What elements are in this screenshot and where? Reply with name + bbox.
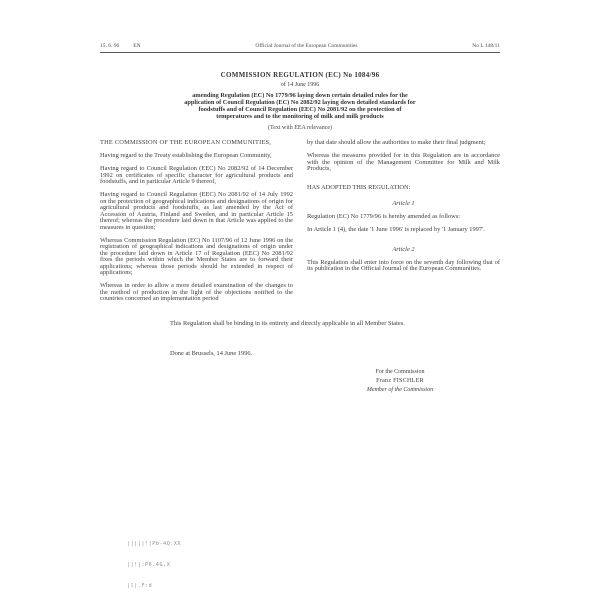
journal-date: 15. 6. 96 [100,43,119,49]
header-divider [100,52,500,53]
eea-relevance-note: (Text with EEA relevance) [140,125,460,131]
having-regard-paragraph: Having regard to Council Regulation (EEC… [100,192,293,231]
article-1-paragraph: Regulation (EC) No 1779/96 is hereby ame… [307,214,500,221]
regulation-subject: amending Regulation (EC) No 1779/96 layi… [140,92,460,120]
regulation-title-block: COMMISSION REGULATION (EC) No 1084/96 of… [140,71,460,131]
scan-artifact-line: |||||!|Pb-4Q:XX [127,541,181,548]
regulation-title: COMMISSION REGULATION (EC) No 1084/96 [140,71,460,79]
regulation-date: of 14 June 1996 [140,82,460,88]
whereas-paragraph: Whereas Commission Regulation (EC) No 11… [100,238,293,277]
article-1-paragraph: In Article 1 (4), the date '1 June 1996'… [307,227,500,234]
having-regard-paragraph: Having regard to the Treaty establishing… [100,153,293,160]
journal-title: Official Journal of the European Communi… [255,43,357,49]
subject-line: application of Council Regulation (EC) N… [140,99,460,106]
whereas-opinion-paragraph: Whereas the measures provided for in thi… [307,153,500,173]
journal-header: 15. 6. 96 EN Official Journal of the Eur… [100,43,500,49]
place-date-line: Done at Brussels, 14 June 1996. [170,350,252,357]
scanned-regulation-page: 15. 6. 96 EN Official Journal of the Eur… [0,0,600,600]
left-column: THE COMMISSION OF THE EUROPEAN COMMUNITI… [100,140,293,309]
continuation-paragraph: by that date should allow the authoritie… [307,140,500,147]
whereas-paragraph: Whereas in order to allow a more detaile… [100,283,293,303]
subject-line: temperatures and to the monitoring of mi… [140,113,460,120]
body-columns: THE COMMISSION OF THE EUROPEAN COMMUNITI… [100,140,500,309]
journal-page-number: No L 148/11 [472,43,500,49]
binding-clause: This Regulation shall be binding in its … [170,321,444,328]
journal-header-left: 15. 6. 96 EN [100,43,141,49]
article-2-heading: Article 2 [307,247,500,254]
signature-role: Member of the Commission [330,386,470,395]
article-2-paragraph: This Regulation shall enter into force o… [307,260,500,273]
signature-block: For the Commission Franz FISCHLER Member… [330,368,470,395]
journal-language-code: EN [133,43,140,49]
subject-line: foodstuffs and of Council Regulation (EE… [140,106,460,113]
scan-artifact-stamp: |||||!|Pb-4Q:XX ||!|:P6.4G,X |l|.F:d [127,527,181,600]
scan-artifact-line: ||!|:P6.4G,X [127,562,181,569]
preamble-opening: THE COMMISSION OF THE EUROPEAN COMMUNITI… [100,140,293,147]
having-regard-paragraph: Having regard to Council Regulation (EEC… [100,166,293,186]
enacting-clause: HAS ADOPTED THIS REGULATION: [307,185,500,192]
right-column: by that date should allow the authoritie… [307,140,500,309]
scan-artifact-line: |l|.F:d [127,583,181,590]
article-1-heading: Article 1 [307,201,500,208]
signature-name: Franz FISCHLER [330,377,470,386]
subject-line: amending Regulation (EC) No 1779/96 layi… [140,92,460,99]
signature-on-behalf: For the Commission [330,368,470,377]
